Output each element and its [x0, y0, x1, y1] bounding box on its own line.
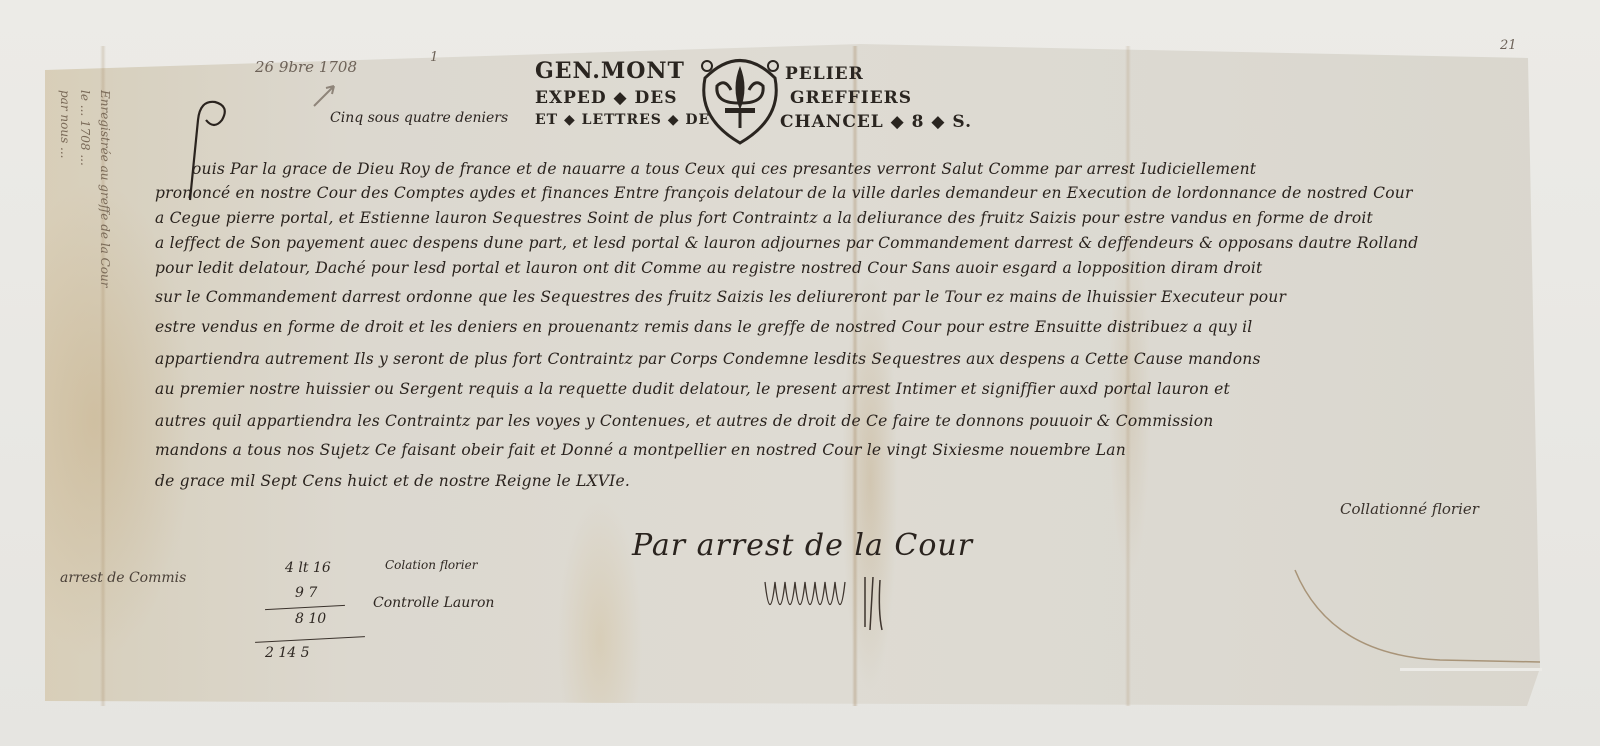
top-mark: 1 — [430, 50, 438, 65]
body-line: de grace mil Sept Cens huict et de nostr… — [155, 472, 855, 490]
sum-rule — [265, 605, 345, 610]
body-line: a leffect de Son payement auec despens d… — [155, 234, 1530, 252]
fold-stain — [1125, 46, 1131, 706]
fee-amount: 9 7 — [295, 585, 317, 601]
body-line: prononcé en nostre Cour des Comptes ayde… — [155, 184, 1530, 202]
body-line: appartiendra autrement Ils y seront de p… — [155, 350, 1530, 368]
fee-amount: 8 10 — [295, 611, 326, 627]
clerk-signature: Collationné florier — [1340, 500, 1479, 518]
collation-note: Colation florier — [385, 558, 477, 572]
pencil-curve-mark — [1290, 565, 1540, 675]
body-line: pour ledit delatour, Daché pour lesd por… — [155, 259, 1530, 277]
stamp-line2-right: GREFFIERS — [790, 88, 912, 108]
fees-table: 4 lt 16 9 7 8 10 2 14 5 Colation florier… — [255, 555, 515, 685]
stamp-line1-left: GEN.MONT — [535, 58, 685, 84]
body-line: estre vendus en forme de droit et les de… — [155, 318, 1530, 336]
fee-total: 2 14 5 — [265, 645, 310, 661]
par-arrest-heading: Par arrest de la Cour — [632, 528, 973, 563]
body-line: autres quil appartiendra les Contraintz … — [155, 412, 1530, 430]
stamp: GEN.MONT PELIER EXPED ◆ DES GREFFIERS ET… — [535, 52, 915, 152]
body-line: au premier nostre huissier ou Sergent re… — [155, 380, 1530, 398]
paraphe-signature-icon — [760, 572, 900, 632]
body-line: ouis Par la grace de Dieu Roy de france … — [192, 160, 1567, 178]
stamp-line3-left: ET ◆ LETTRES ◆ DE — [535, 112, 710, 128]
stamp-line3-right: CHANCEL ◆ 8 ◆ S. — [780, 112, 972, 132]
arrow-mark-icon — [310, 80, 340, 110]
margin-note-line: par nous ... — [55, 90, 75, 288]
body-line: a Cegue pierre portal, et Estienne lauro… — [155, 209, 1530, 227]
sum-rule — [255, 636, 365, 643]
date-note: 26 9bre 1708 — [255, 58, 357, 76]
body-line: sur le Commandement darrest ordonne que … — [155, 288, 1530, 306]
stamp-line2-left: EXPED ◆ DES — [535, 88, 678, 108]
margin-note-line: Enregistrée au greffe de la Cour — [95, 90, 115, 288]
controle-note: Controlle Lauron — [373, 595, 494, 611]
fleur-de-lis-icon — [695, 48, 785, 148]
fee-amount: 4 lt 16 — [285, 560, 331, 576]
body-line: mandons a tous nos Sujetz Ce faisant obe… — [155, 441, 1530, 459]
margin-note: Enregistrée au greffe de la Cour le ... … — [55, 90, 115, 288]
arrest-label: arrest de Commis — [60, 570, 186, 586]
stamp-line1-right: PELIER — [785, 64, 864, 84]
margin-note-line: le ... 1708 ... — [75, 90, 95, 288]
fee-note: Cinq sous quatre deniers — [330, 110, 508, 126]
document-sheet: 26 9bre 1708 1 21 Cinq sous quatre denie… — [0, 0, 1600, 746]
folio-number: 21 — [1500, 38, 1517, 53]
